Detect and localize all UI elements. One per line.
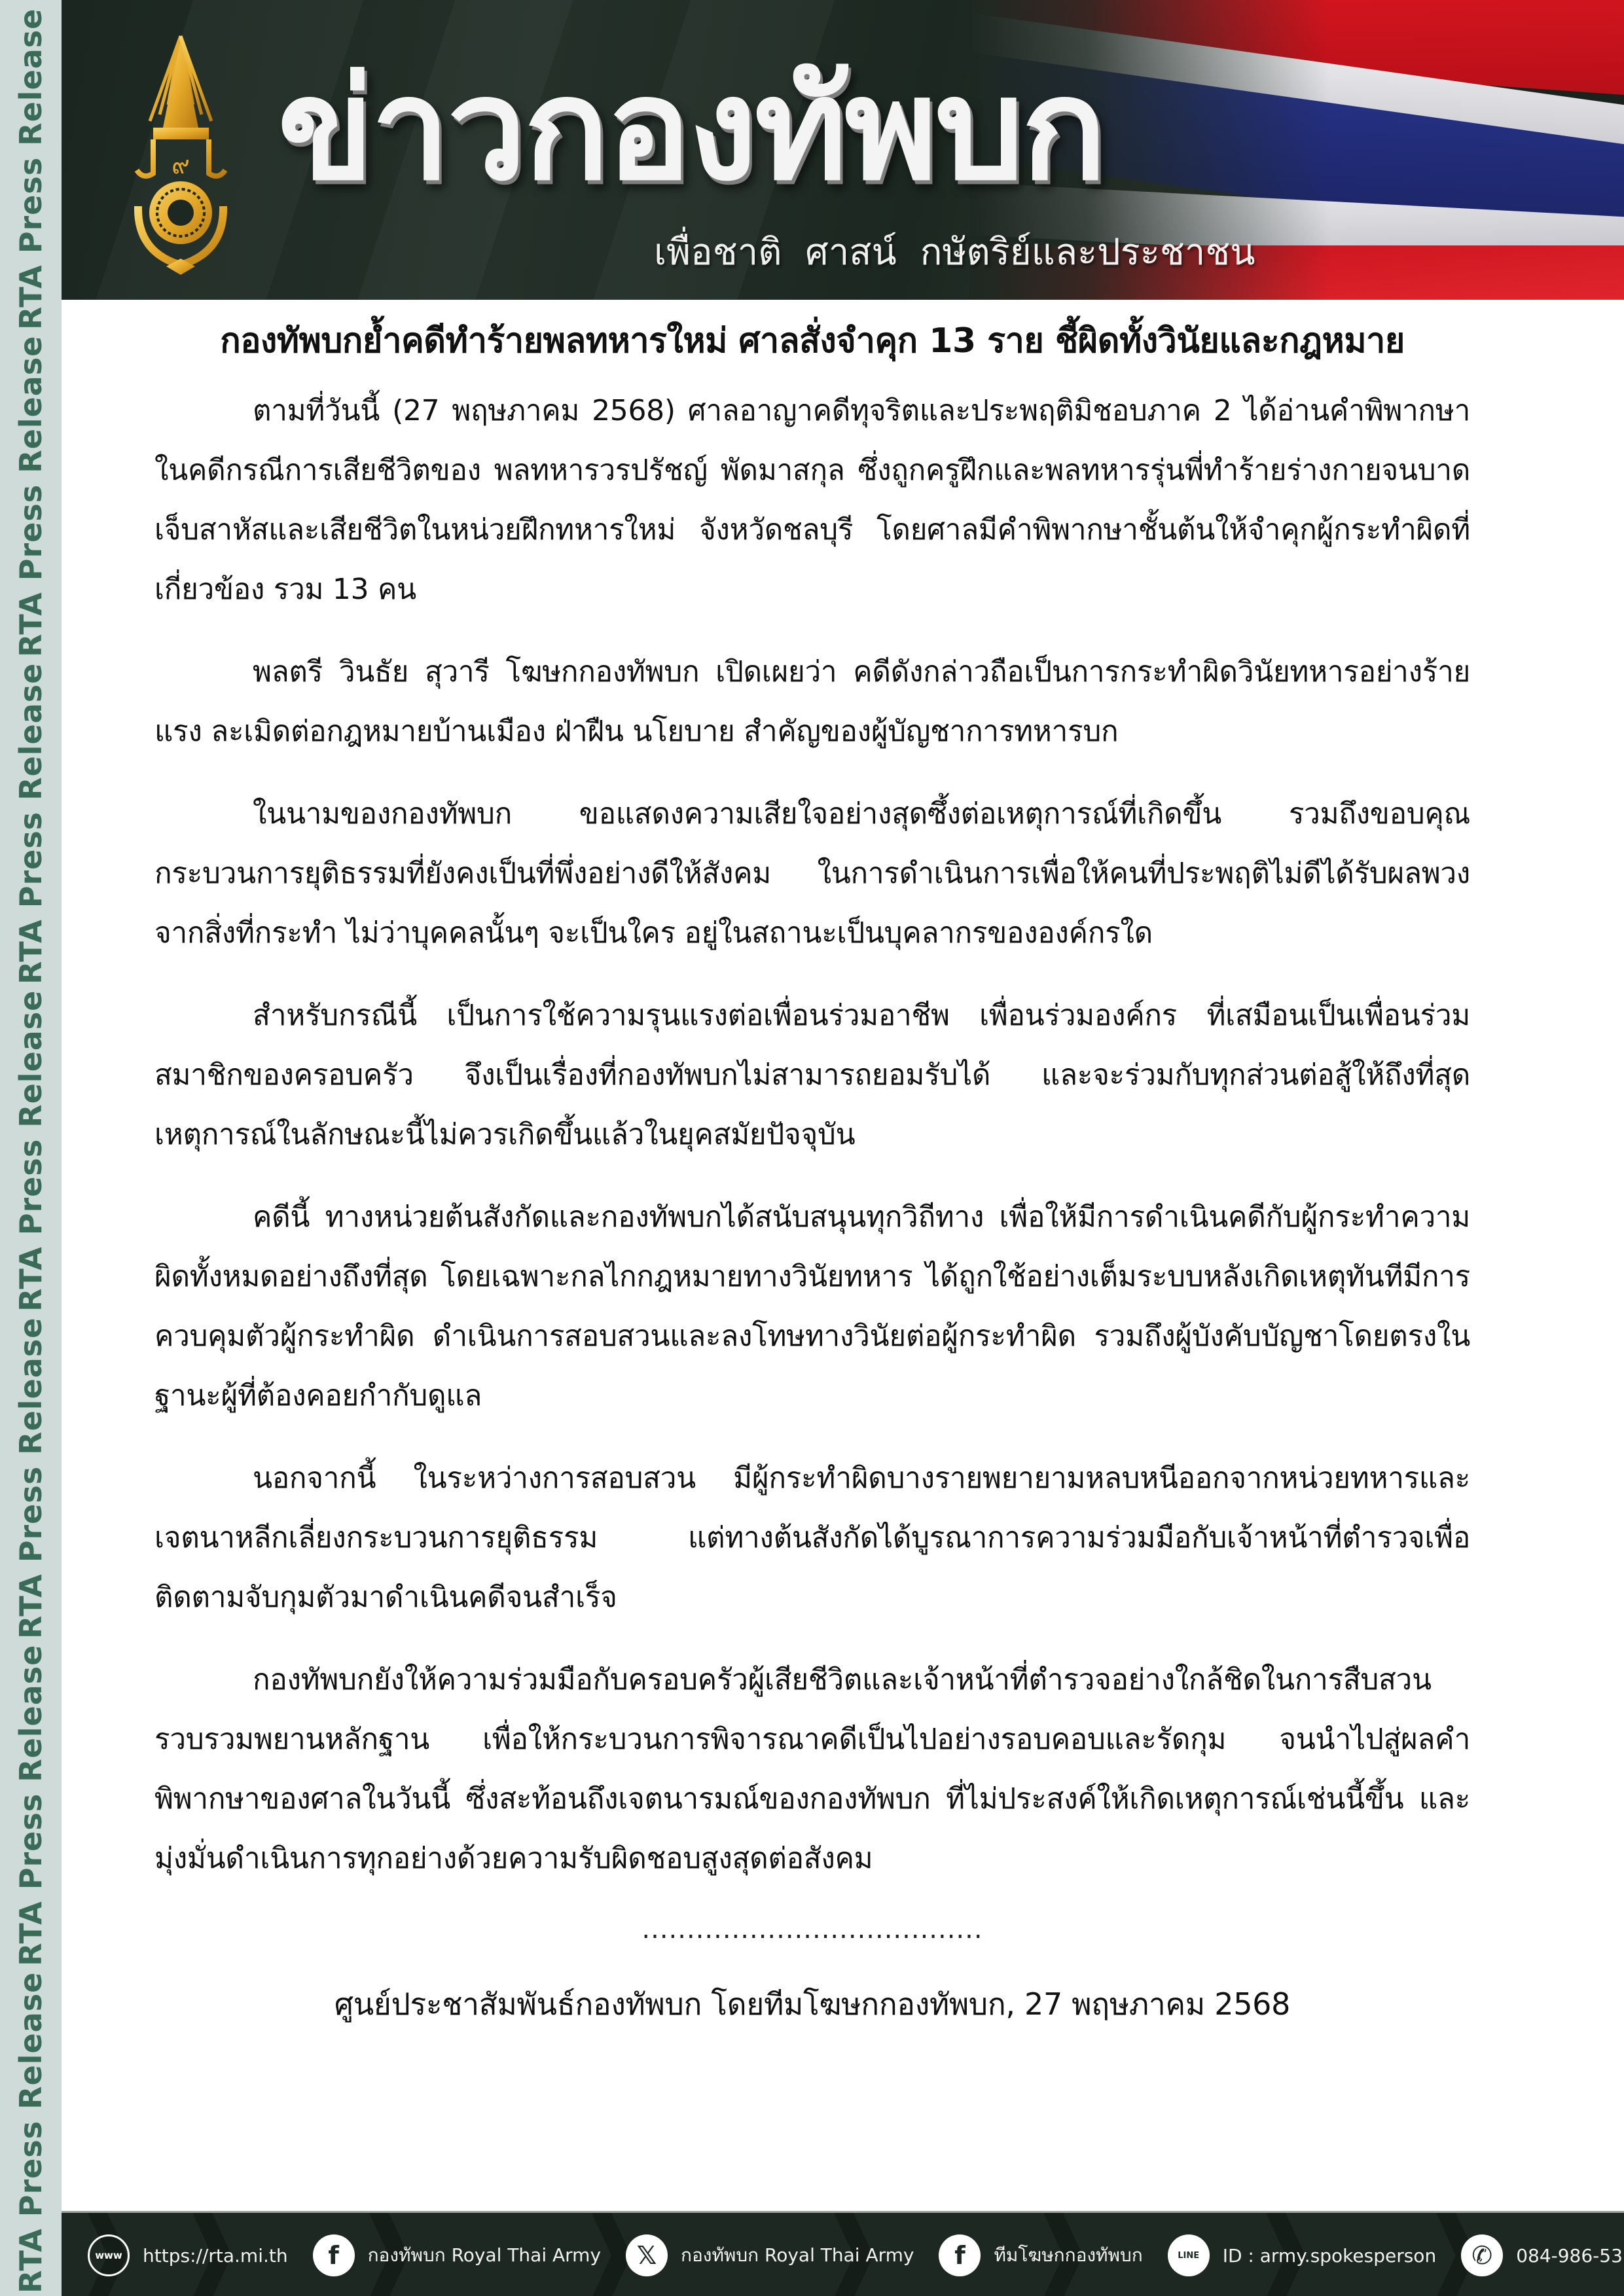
divider: ...................................... xyxy=(154,1914,1470,1945)
sidebar-strip: RTA Press Release RTA Press Release RTA … xyxy=(0,0,62,2296)
sidebar-label: RTA Press Release xyxy=(13,660,48,987)
footer-phone[interactable]: ✆ 084-986-5379 xyxy=(1461,2234,1624,2276)
sidebar-label: RTA Press Release xyxy=(13,332,48,660)
footer-contact-bar: www https://rta.mi.th f กองทัพบก Royal T… xyxy=(62,2211,1624,2296)
footer-items: www https://rta.mi.th f กองทัพบก Royal T… xyxy=(88,2213,1611,2296)
article-headline: กองทัพบกย้ำคดีทำร้ายพลทหารใหม่ ศาลสั่งจำ… xyxy=(154,315,1470,367)
sidebar-label: RTA Press Release xyxy=(13,1641,48,1969)
article-paragraph: นอกจากนี้ ในระหว่างการสอบสวน มีผู้กระทำผ… xyxy=(154,1448,1470,1627)
facebook-spokesperson-label[interactable]: ทีมโฆษกกองทัพบก xyxy=(994,2241,1142,2270)
sidebar-label: RTA Press Release xyxy=(13,1314,48,1641)
footer-facebook-spokesperson[interactable]: f ทีมโฆษกกองทัพบก xyxy=(939,2234,1142,2276)
article-paragraph: ในนามของกองทัพบก ขอแสดงความเสียใจอย่างสุ… xyxy=(154,784,1470,963)
facebook-army-label[interactable]: กองทัพบก Royal Thai Army xyxy=(368,2241,601,2270)
phone-icon: ✆ xyxy=(1461,2234,1503,2276)
article-paragraph: สำหรับกรณีนี้ เป็นการใช้ความรุนแรงต่อเพื… xyxy=(154,986,1470,1164)
article: กองทัพบกย้ำคดีทำร้ายพลทหารใหม่ ศาลสั่งจำ… xyxy=(154,308,1470,2028)
article-paragraph: คดีนี้ ทางหน่วยต้นสังกัดและกองทัพบกได้สน… xyxy=(154,1187,1470,1426)
line-id-label[interactable]: ID : army.spokesperson xyxy=(1223,2245,1436,2267)
globe-icon: www xyxy=(88,2234,130,2276)
article-paragraph: ตามที่วันนี้ (27 พฤษภาคม 2568) ศาลอาญาคด… xyxy=(154,381,1470,619)
banner-title: ข่าวกองทัพบก xyxy=(278,59,1104,200)
sidebar-labels: RTA Press Release RTA Press Release RTA … xyxy=(0,0,62,2296)
banner-motto: เพื่อชาติ ศาสน์ กษัตริย์และประชาชน xyxy=(654,223,1255,281)
article-signoff: ศูนย์ประชาสัมพันธ์กองทัพบก โดยทีมโฆษกกอง… xyxy=(154,1981,1470,2028)
facebook-icon: f xyxy=(939,2234,981,2276)
footer-website[interactable]: www https://rta.mi.th xyxy=(88,2234,288,2276)
footer-facebook-army[interactable]: f กองทัพบก Royal Thai Army xyxy=(313,2234,601,2276)
sidebar-label: RTA Press Release xyxy=(13,5,48,332)
website-link[interactable]: https://rta.mi.th xyxy=(143,2245,288,2267)
sidebar-label: RTA Press Release xyxy=(13,0,48,5)
article-paragraph: กองทัพบกยังให้ความร่วมมือกับครอบครัวผู้เ… xyxy=(154,1650,1470,1888)
royal-thai-army-emblem-icon: ๙ xyxy=(124,23,238,275)
footer-line[interactable]: LINE ID : army.spokesperson xyxy=(1168,2234,1436,2276)
svg-text:๙: ๙ xyxy=(171,151,190,179)
sidebar-label: RTA Press Release xyxy=(13,1969,48,2296)
x-twitter-icon: 𝕏 xyxy=(626,2234,668,2276)
line-icon: LINE xyxy=(1168,2234,1210,2276)
header-banner: ๙ ข่าวกองทัพบก เพื่อชาติ ศาสน์ กษัตริย์แ… xyxy=(62,0,1624,300)
x-army-label[interactable]: กองทัพบก Royal Thai Army xyxy=(681,2241,914,2270)
article-paragraph: พลตรี วินธัย สุวารี โฆษกกองทัพบก เปิดเผย… xyxy=(154,642,1470,761)
phone-number[interactable]: 084-986-5379 xyxy=(1516,2245,1624,2267)
footer-x-army[interactable]: 𝕏 กองทัพบก Royal Thai Army xyxy=(626,2234,914,2276)
sidebar-label: RTA Press Release xyxy=(13,987,48,1314)
facebook-icon: f xyxy=(313,2234,355,2276)
